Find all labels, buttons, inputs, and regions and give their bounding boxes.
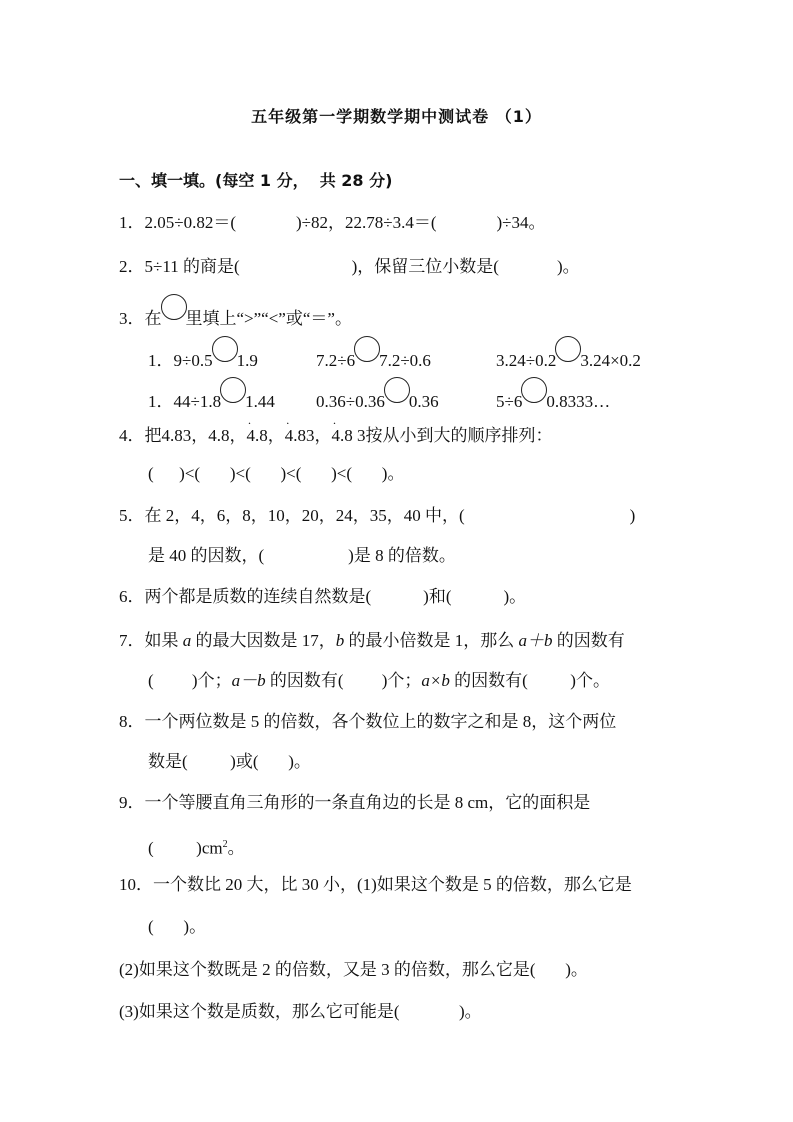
question-9: 9．一个等腰直角三角形的一条直角边的长是 8 cm，它的面积是 [119,792,590,814]
repeating-decimal-number: 4.8 [247,426,268,445]
answer-blank[interactable]: ( )个； [148,671,232,690]
decimal-number: 4.8 [208,426,229,445]
question-1: 1．2.05÷0.82＝()÷82，22.78÷3.4＝()÷34。 [119,212,545,234]
q6-text-c: )。 [504,587,527,606]
question-10: 10．一个数比 20 大，比 30 小，(1)如果这个数是 5 的倍数，那么它是 [119,874,632,896]
decimal-number: 4.83 [162,426,192,445]
compare-circle[interactable] [384,377,410,403]
compare-left: 1．9÷0.5 [148,351,213,370]
q4-text-b: 按从小到大的顺序排列： [366,426,553,445]
question-number: 4． [119,426,145,445]
page-title: 五年级第一学期数学期中测试卷 （1） [0,104,793,127]
q3-text-a: 在 [145,309,162,328]
q2-text-b: )，保留三位小数是( [352,257,499,276]
q5-text-a: 在 2，4，6，8，10，20，24，35，40 中，( [145,506,465,525]
q6-text-a: 两个都是质数的连续自然数是( [145,587,372,606]
question-number: 5． [119,506,145,525]
compare-left: 0.36÷0.36 [316,392,385,411]
question-3-row-1: 1．9÷0.51.97.2÷67.2÷0.63.24÷0.23.24×0.2 [148,342,641,372]
compare-circle[interactable] [555,336,581,362]
compare-left: 1．44÷1.8 [148,392,221,411]
compare-circle[interactable] [220,377,246,403]
expression-a-times-b: a×b [421,671,449,690]
compare-right: 1.9 [237,351,258,370]
compare-left: 5÷6 [496,392,522,411]
compare-circle[interactable] [212,336,238,362]
question-number: 3． [119,309,145,328]
variable-b: b [336,631,345,650]
question-3-row-2: 1．44÷1.81.440.36÷0.360.365÷60.8333… [148,383,610,413]
question-number: 10． [119,875,153,894]
question-7: 7．如果 a 的最大因数是 17，b 的最小倍数是 1，那么 a＋b 的因数有 [119,630,625,652]
question-2: 2．5÷11 的商是()，保留三位小数是()。 [119,256,580,278]
compare-right: 0.36 [409,392,439,411]
compare-right: 7.2÷0.6 [379,351,431,370]
q8-text: 一个两位数是 5 的倍数，各个数位上的数字之和是 8，这个两位 [145,712,617,731]
question-number: 6． [119,587,145,606]
q5-text-d: )是 8 的倍数。 [348,546,456,565]
question-4: 4．把4.83，4.8，4.8，4.83，4.8 3按从小到大的顺序排列： [119,425,553,447]
question-5-line-2: 是 40 的因数，()是 8 的倍数。 [148,545,456,567]
q1-text-a: 2.05÷0.82＝( [145,213,237,232]
q7-text: 如果 [145,631,183,650]
answer-blank[interactable]: ( )cm [148,839,223,858]
repeating-decimal-number: 4.83 [285,426,315,445]
q1-text-b: )÷82，22.78÷3.4＝( [296,213,436,232]
separator: ， [268,426,285,445]
question-7-line-2: ( )个；a－b 的因数有( )个；a×b 的因数有( )个。 [148,670,610,692]
q7-text: 的最大因数是 17， [191,631,336,650]
question-5: 5．在 2，4，6，8，10，20，24，35，40 中，() [119,505,635,527]
question-number: 9． [119,793,145,812]
question-10-sub-3[interactable]: (3)如果这个数是质数，那么它可能是( )。 [119,1001,482,1023]
q6-text-b: )和( [423,587,451,606]
answer-blank[interactable]: 的因数有( )个； [266,671,422,690]
separator: ， [230,426,247,445]
separator: ， [191,426,208,445]
question-number: 7． [119,631,145,650]
compare-circle[interactable] [521,377,547,403]
variable-a: a [183,631,192,650]
compare-left: 7.2÷6 [316,351,355,370]
q7-text: 的最小倍数是 1，那么 [344,631,518,650]
question-10-sub-2[interactable]: (2)如果这个数既是 2 的倍数，又是 3 的倍数，那么它是( )。 [119,959,588,981]
q1-text-c: )÷34。 [496,213,545,232]
separator: ， [315,426,332,445]
q5-text-c: 是 40 的因数，( [148,546,264,565]
compare-left: 3.24÷0.2 [496,351,556,370]
q2-text-c: )。 [557,257,580,276]
question-8: 8．一个两位数是 5 的倍数，各个数位上的数字之和是 8，这个两位 [119,711,616,733]
question-4-answer-line[interactable]: ( )<( )<( )<( )<( )。 [148,463,404,485]
q9-period: 。 [228,839,245,858]
question-10-line-2[interactable]: ( )。 [148,916,206,938]
expression-a-minus-b: a－b [232,671,266,690]
question-8-line-2[interactable]: 数是( )或( )。 [148,751,311,773]
question-number: 8． [119,712,145,731]
question-6: 6．两个都是质数的连续自然数是()和()。 [119,586,526,608]
q7-text: 的因数有 [553,631,625,650]
q3-text-b: 里填上“>”“<”或“＝”。 [186,309,352,328]
compare-right: 1.44 [245,392,275,411]
q10-text: 一个数比 20 大，比 30 小，(1)如果这个数是 5 的倍数，那么它是 [153,875,632,894]
answer-blank[interactable]: 的因数有( )个。 [450,671,610,690]
q9-text: 一个等腰直角三角形的一条直角边的长是 8 cm，它的面积是 [145,793,591,812]
question-3: 3．在里填上“>”“<”或“＝”。 [119,300,352,330]
compare-right: 3.24×0.2 [580,351,641,370]
section-heading: 一、填一填。(每空 1 分， 共 28 分) [119,170,392,192]
question-9-line-2[interactable]: ( )cm2。 [148,834,245,860]
question-number: 2． [119,257,145,276]
q2-text-a: 5÷11 的商是( [145,257,240,276]
repeating-decimal-number: 4.8 3 [332,426,366,445]
circle-icon [161,294,187,320]
compare-circle[interactable] [354,336,380,362]
question-number: 1． [119,213,145,232]
q5-text-b: ) [630,506,636,525]
expression-a-plus-b: a＋b [519,631,553,650]
q4-text-a: 把 [145,426,162,445]
compare-right: 0.8333… [546,392,610,411]
